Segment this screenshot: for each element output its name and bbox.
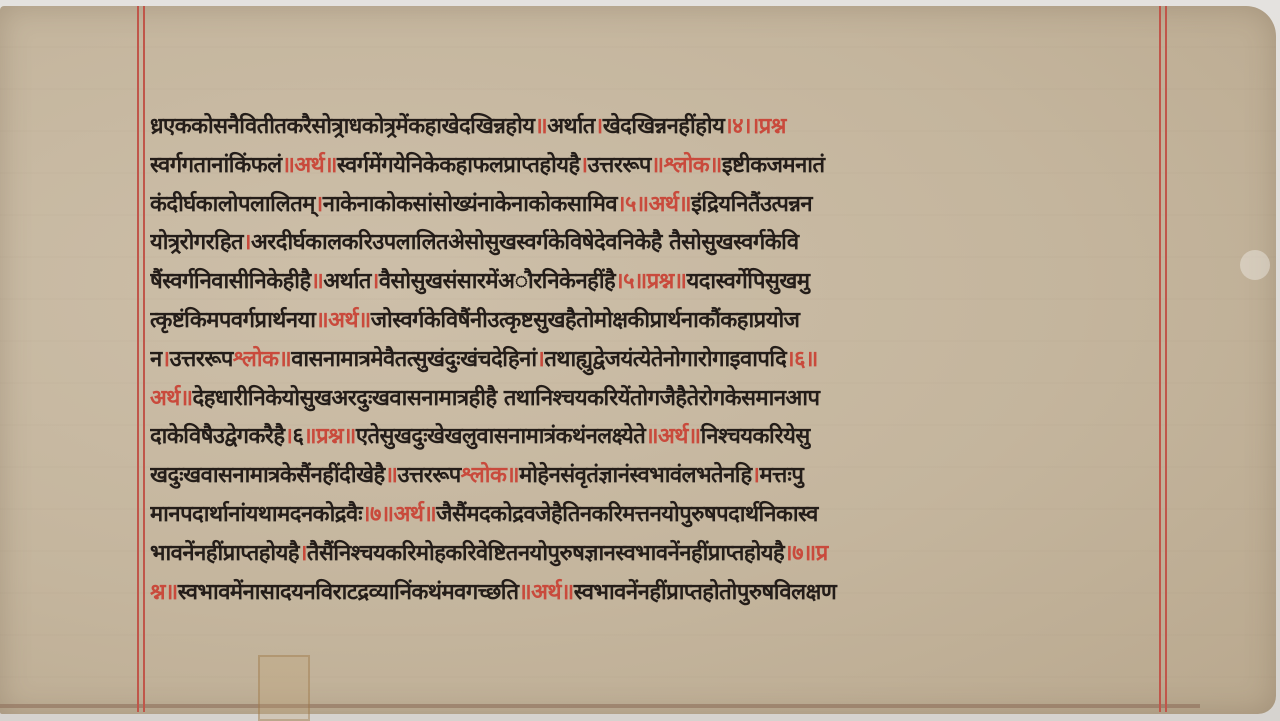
text-segment: षैंस्वर्गनिवासीनिकेहीहै <box>150 269 311 294</box>
rubric-segment: ।४। <box>724 114 751 139</box>
margin-rule-line <box>143 6 145 712</box>
text-segment: उत्तररूप <box>397 463 460 488</box>
text-segment: इंद्रियनितैंउत्पन्नन <box>691 192 812 217</box>
text-segment: वासनामात्रमेवैतत्सुखंदुःखंचदेहिनां <box>291 347 536 372</box>
rubric-segment: ॥प्रश्न॥ <box>303 424 355 449</box>
text-segment: ६ <box>292 424 303 449</box>
rubric-segment: । <box>752 463 760 488</box>
rubric-segment: । <box>595 114 603 139</box>
rubric-segment: ॥अर्थ॥ <box>282 153 337 178</box>
text-segment: स्वभावमेंनासादयनविराटद्रव्यानिंकथंमवगच्छ… <box>178 580 519 605</box>
rubric-segment: ॥ <box>311 269 324 294</box>
text-segment: भावनेंनहींप्राप्तहोयहै <box>150 541 299 566</box>
rubric-segment: ॥श्लोक॥ <box>651 153 722 178</box>
rubric-segment: ।७॥अर्थ॥ <box>362 502 436 527</box>
text-segment: स्वर्गमेंगयेनिकेकहाफलप्राप्तहोयहै <box>337 153 580 178</box>
rubric-segment: ।६॥ <box>786 347 817 372</box>
rubric-segment: ।प्रश्न <box>751 114 786 139</box>
manuscript-text-block: ध्रएककोसनैवितीतकरैसोत्र्राधकोत्र्रमेंकहा… <box>150 108 1160 612</box>
text-segment: यदास्वर्गेपिसुखमु <box>686 269 809 294</box>
manuscript-line: भावनेंनहींप्राप्तहोयहै।तैसैंनिश्चयकरिमोह… <box>150 535 1160 574</box>
manuscript-line: त्कृष्टंकिमपवर्गप्रार्थनया॥अर्थ॥जोस्वर्ग… <box>150 302 1160 341</box>
text-segment: खेदखिन्ननहींहोय <box>603 114 725 139</box>
rubric-segment: ॥ <box>385 463 398 488</box>
text-segment: मानपदार्थानांयथामदनकोद्रवैः <box>150 502 362 527</box>
manuscript-line: स्वर्गगतानांकिंफलं॥अर्थ॥स्वर्गमेंगयेनिके… <box>150 147 1160 186</box>
text-segment: त्कृष्टंकिमपवर्गप्रार्थनया <box>150 308 316 333</box>
rubric-segment: । <box>315 192 323 217</box>
text-segment: अर्थात <box>547 114 595 139</box>
text-segment: ध्रएककोसनैवितीतकरैसोत्र्राधकोत्र्रमेंकहा… <box>150 114 535 139</box>
text-segment: स्वभावनेंनहींप्राप्तहोतोपुरुषविलक्षण <box>574 580 837 605</box>
manuscript-line: योत्र्ररोगरहित।अरदीर्घकालकरिउपलालितअेसोस… <box>150 224 1160 263</box>
manuscript-line: श्न॥स्वभावमेंनासादयनविराटद्रव्यानिंकथंमव… <box>150 574 1160 613</box>
rubric-segment: ॥अर्थ॥ <box>316 308 371 333</box>
rubric-segment: । <box>162 347 170 372</box>
manuscript-line: न।उत्तररूपश्लोक॥वासनामात्रमेवैतत्सुखंदुः… <box>150 341 1160 380</box>
manuscript-line: अर्थ॥देहधारीनिकेयोसुखअरदुःखवासनामात्रहीह… <box>150 380 1160 419</box>
manuscript-line: ध्रएककोसनैवितीतकरैसोत्र्राधकोत्र्रमेंकहा… <box>150 108 1160 147</box>
rubric-segment: ।५॥अर्थ॥ <box>617 192 691 217</box>
text-segment: जोस्वर्गकेविषैंनीउत्कृष्टसुखहैतोमोक्षकीप… <box>371 308 800 333</box>
rubric-segment: अर्थ॥ <box>150 386 193 411</box>
manuscript-line: कंदीर्घकालोपलालितम्।नाकेनाकोकसांसोख्यंना… <box>150 186 1160 225</box>
margin-rule-line <box>1165 6 1167 712</box>
rubric-segment: । <box>299 541 307 566</box>
text-segment: तैसोसुखस्वर्गकेवि <box>662 230 799 255</box>
rubric-segment: श्लोक॥ <box>233 347 291 372</box>
rubric-segment: ॥ <box>535 114 548 139</box>
text-segment: अरदीर्घकालकरिउपलालितअेसोसुखस्वर्गकेविषेद… <box>251 230 662 255</box>
text-segment: उत्तररूप <box>170 347 233 372</box>
text-segment: इष्टीकजमनातं <box>722 153 825 178</box>
text-segment: खदुःखवासनामात्रकेसैंनहींदीखेहै <box>150 463 385 488</box>
paper-smudge <box>1240 250 1270 280</box>
text-segment: योत्र्ररोगरहित <box>150 230 243 255</box>
right-margin-rules <box>1159 6 1169 712</box>
text-segment: तैसैंनिश्चयकरिमोहकरिवेष्टितनयोपुरुषज्ञान… <box>307 541 784 566</box>
text-segment: स्वर्गगतानांकिंफलं <box>150 153 282 178</box>
text-segment: उत्तररूप <box>588 153 651 178</box>
folio-edge <box>0 704 1200 708</box>
rubric-segment: ॥अर्थ॥ <box>645 424 700 449</box>
rubric-segment: श्न॥ <box>150 580 178 605</box>
rubric-segment: । <box>580 153 588 178</box>
text-segment: कंदीर्घकालोपलालितम् <box>150 192 315 217</box>
text-segment: अर्थात <box>323 269 371 294</box>
manuscript-line: खदुःखवासनामात्रकेसैंनहींदीखेहै॥उत्तररूपश… <box>150 457 1160 496</box>
text-segment: तथाह्युद्वेजयंत्येतेनोगारोगाइवापदि <box>544 347 786 372</box>
text-segment: जैसैंमदकोद्रवजेहैतिनकरिमत्तनयोपुरुषपदार्… <box>436 502 818 527</box>
rubric-segment: श्लोक॥ <box>461 463 519 488</box>
rubric-segment: ।७॥प्र <box>784 541 827 566</box>
left-margin-rules <box>137 6 147 712</box>
manuscript-line: दाकेविषैउद्वेगकरैहै।६॥प्रश्न॥एतेसुखदुःखे… <box>150 418 1160 457</box>
text-segment: वैसोसुखसंसारमेंअौरनिकेनहींहै <box>379 269 615 294</box>
manuscript-line: मानपदार्थानांयथामदनकोद्रवैः।७॥अर्थ॥जैसैं… <box>150 496 1160 535</box>
text-segment: नाकेनाकोकसांसोख्यंनाकेनाकोकसामिव <box>323 192 617 217</box>
text-segment: न <box>150 347 162 372</box>
rubric-segment: ।५॥प्रश्न॥ <box>615 269 686 294</box>
margin-rule-line <box>137 6 139 712</box>
text-segment: दाकेविषैउद्वेगकरैहै <box>150 424 285 449</box>
text-segment: निश्चयकरियेसु <box>701 424 810 449</box>
rubric-segment: । <box>371 269 379 294</box>
text-segment: मत्तःपु <box>760 463 804 488</box>
paper-repair-patch <box>258 655 310 721</box>
rubric-segment: । <box>243 230 251 255</box>
rubric-segment: ॥अर्थ॥ <box>518 580 573 605</box>
text-segment: देहधारीनिकेयोसुखअरदुःखवासनामात्रहीहै तथा… <box>193 386 820 411</box>
text-segment: मोहेनसंवृतंज्ञानंस्वभावंलभतेनहि <box>519 463 752 488</box>
text-segment: एतेसुखदुःखेखलुवासनामात्रंकथंनलक्ष्येते <box>356 424 646 449</box>
manuscript-line: षैंस्वर्गनिवासीनिकेहीहै॥अर्थात।वैसोसुखसं… <box>150 263 1160 302</box>
